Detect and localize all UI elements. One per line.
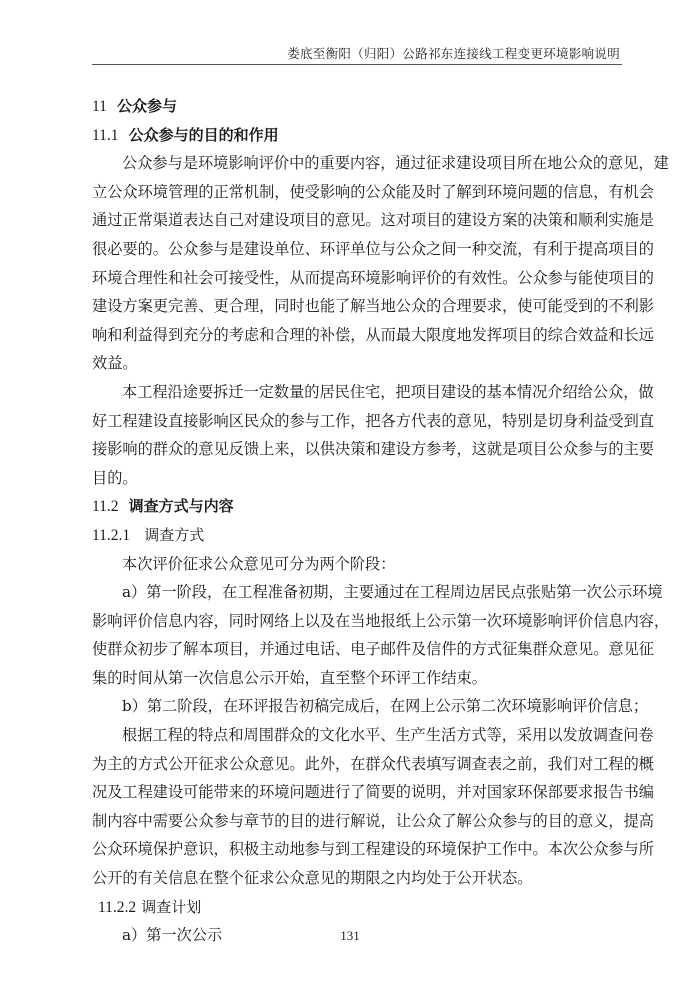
paragraph-purpose: 公众参与是环境影响评价中的重要内容，通过征求建设项目所在地公众的意见，建 立公众… [92,149,624,378]
section-title: 公众参与 [117,97,177,115]
text-line: 公众参与是环境影响评价中的重要内容，通过征求建设项目所在地公众的意见，建 [92,149,624,178]
paragraph-stages-intro: 本次评价征求公众意见可分为两个阶段： [92,550,624,579]
section-number: 11 [92,98,107,115]
paragraph-survey-method: 根据工程的特点和周围群众的文化水平、生产生活方式等，采用以发放调查问卷 为主的方… [92,721,624,893]
text-line: 好工程建设直接影响区民众的参与工作，把各方代表的意见，特别是切身利益受到直 [92,407,624,436]
text-line: 况及工程建设可能带来的环境问题进行了简要的说明，并对国家环保部要求报告书编 [92,778,624,807]
text-line: 通过正常渠道表达自己对建设项目的意见。这对项目的建设方案的决策和顺利实施是 [92,206,624,235]
text-line: 公开的有关信息在整个征求公众意见的期限之内均处于公开状态。 [92,864,624,893]
paragraph-relocation: 本工程沿途要拆迁一定数量的居民住宅，把项目建设的基本情况介绍给公众，做 好工程建… [92,378,624,492]
section-title: 调查方式 [144,526,204,544]
text-line: 本工程沿途要拆迁一定数量的居民住宅，把项目建设的基本情况介绍给公众，做 [92,378,624,407]
text-line: b）第二阶段，在环评报告初稿完成后，在网上公示第二次环境影响评价信息； [92,692,624,721]
document-title: 娄底至衡阳（归阳）公路祁东连接线工程变更环境影响说明 [287,44,620,62]
text-line: 很必要的。公众参与是建设单位、环评单位与公众之间一种交流，有利于提高项目的 [92,235,624,264]
section-heading-11-2-2: 11.2.2调查计划 [92,893,624,922]
text-line: 接影响的群众的意见反馈上来，以供决策和建设方参考，这就是项目公众参与的主要 [92,435,624,464]
text-line: 使群众初步了解本项目，并通过电话、电子邮件及信件的方式征集群众意见。意见征 [92,635,624,664]
page-body: 11公众参与 11.1公众参与的目的和作用 公众参与是环境影响评价中的重要内容，… [92,92,624,950]
text-line: 响和利益得到充分的考虑和合理的补偿，从而最大限度地发挥项目的综合效益和长远 [92,321,624,350]
text-line: 目的。 [92,464,624,493]
section-number: 11.1 [92,127,119,144]
text-line: a）第一阶段，在工程准备初期，主要通过在工程周边居民点张贴第一次公示环境 [92,578,624,607]
section-heading-11-1: 11.1公众参与的目的和作用 [92,121,624,150]
section-title: 调查计划 [141,898,201,916]
section-title: 公众参与的目的和作用 [129,126,279,144]
text-line: 根据工程的特点和周围群众的文化水平、生产生活方式等，采用以发放调查问卷 [92,721,624,750]
paragraph-stage-a: a）第一阶段，在工程准备初期，主要通过在工程周边居民点张贴第一次公示环境 影响评… [92,578,624,692]
text-line: 影响评价信息内容，同时网络上以及在当地报纸上公示第一次环境影响评价信息内容， [92,607,624,636]
text-line: 环境合理性和社会可接受性，从而提高环境影响评价的有效性。公众参与能使项目的 [92,264,624,293]
section-number: 11.2 [92,498,119,515]
text-line: 集的时间从第一次信息公示开始，直至整个环评工作结束。 [92,664,624,693]
text-line: 立公众环境管理的正常机制，使受影响的公众能及时了解到环境问题的信息，有机会 [92,178,624,207]
section-heading-11-2-1: 11.2.1调查方式 [92,521,624,550]
text-line: 建设方案更完善、更合理，同时也能了解当地公众的合理要求，使可能受到的不利影 [92,292,624,321]
text-line: 制内容中需要公众参与章节的目的进行解说，让公众了解公众参与的目的意义，提高 [92,807,624,836]
section-title: 调查方式与内容 [129,497,234,515]
section-number: 11.2.2 [98,899,136,916]
paragraph-stage-b: b）第二阶段，在环评报告初稿完成后，在网上公示第二次环境影响评价信息； [92,692,624,721]
page-number: 131 [0,928,700,944]
header-divider [92,64,622,65]
text-line: 本次评价征求公众意见可分为两个阶段： [92,550,624,579]
section-heading-11: 11公众参与 [92,92,624,121]
section-number: 11.2.1 [92,527,130,544]
text-line: 为主的方式公开征求公众意见。此外，在群众代表填写调查表之前，我们对工程的概 [92,750,624,779]
text-line: 公众环境保护意识，积极主动地参与到工程建设的环境保护工作中。本次公众参与所 [92,835,624,864]
text-line: 效益。 [92,349,624,378]
section-heading-11-2: 11.2调查方式与内容 [92,492,624,521]
